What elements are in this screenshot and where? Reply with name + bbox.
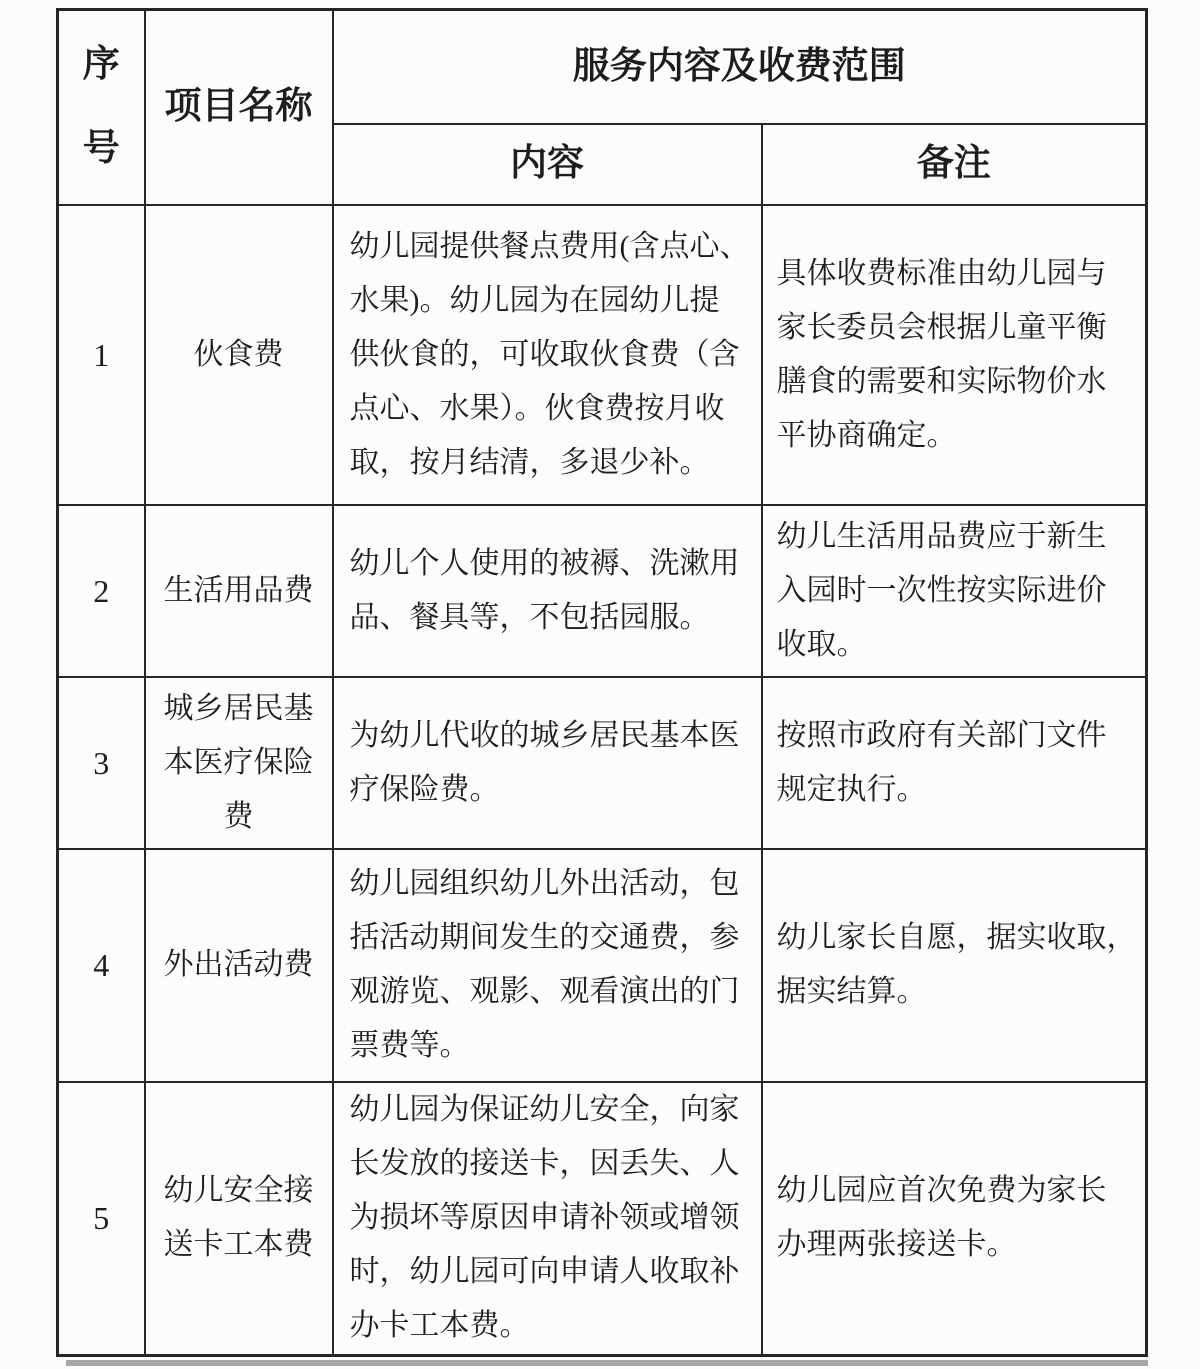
row1-content: 幼儿园提供餐点费用(含点心、 水果)。幼儿园为在园幼儿提 供伙食的，可收取伙食费… [333,205,762,505]
row2-content: 幼儿个人使用的被褥、洗漱用 品、餐具等，不包括园服。 [333,505,762,677]
row3-index: 3 [58,677,145,849]
row3-remark: 按照市政府有关部门文件 规定执行。 [762,677,1147,849]
row2-index: 2 [58,505,145,677]
row4-content: 幼儿园组织幼儿外出活动，包 括活动期间发生的交通费，参 观游览、观影、观看演出的… [333,849,762,1082]
scan-shadow-line [66,1360,1148,1366]
table-row: 2 生活用品费 幼儿个人使用的被褥、洗漱用 品、餐具等，不包括园服。 幼儿生活用… [58,505,1147,677]
row5-remark: 幼儿园应首次免费为家长 办理两张接送卡。 [762,1082,1147,1356]
header-cell-remark: 备注 [762,124,1147,205]
row2-name: 生活用品费 [145,505,333,677]
header-row-top: 序 号 项目名称 服务内容及收费范围 [58,10,1147,124]
row2-remark: 幼儿生活用品费应于新生 入园时一次性按实际进价 收取。 [762,505,1147,677]
row5-name: 幼儿安全接 送卡工本费 [145,1082,333,1356]
row1-remark: 具体收费标准由幼儿园与 家长委员会根据儿童平衡 膳食的需要和实际物价水 平协商确… [762,205,1147,505]
row1-index: 1 [58,205,145,505]
header-cell-name: 项目名称 [145,10,333,205]
fee-table: 序 号 项目名称 服务内容及收费范围 内容 备注 1 伙食费 幼儿园提供餐点费用… [56,8,1148,1357]
header-cell-index: 序 号 [58,10,145,205]
row4-name: 外出活动费 [145,849,333,1082]
scanned-document-page: 序 号 项目名称 服务内容及收费范围 内容 备注 1 伙食费 幼儿园提供餐点费用… [0,0,1200,1369]
row3-name: 城乡居民基 本医疗保险 费 [145,677,333,849]
row4-index: 4 [58,849,145,1082]
table-row: 3 城乡居民基 本医疗保险 费 为幼儿代收的城乡居民基本医 疗保险费。 按照市政… [58,677,1147,849]
table-row: 5 幼儿安全接 送卡工本费 幼儿园为保证幼儿安全，向家 长发放的接送卡，因丢失、… [58,1082,1147,1356]
row1-name: 伙食费 [145,205,333,505]
row4-remark: 幼儿家长自愿，据实收取， 据实结算。 [762,849,1147,1082]
header-cell-content: 内容 [333,124,762,205]
row5-index: 5 [58,1082,145,1356]
row5-content: 幼儿园为保证幼儿安全，向家 长发放的接送卡，因丢失、人 为损坏等原因申请补领或增… [333,1082,762,1356]
row3-content: 为幼儿代收的城乡居民基本医 疗保险费。 [333,677,762,849]
table-row: 4 外出活动费 幼儿园组织幼儿外出活动，包 括活动期间发生的交通费，参 观游览、… [58,849,1147,1082]
table-row: 1 伙食费 幼儿园提供餐点费用(含点心、 水果)。幼儿园为在园幼儿提 供伙食的，… [58,205,1147,505]
header-cell-service: 服务内容及收费范围 [333,10,1147,124]
